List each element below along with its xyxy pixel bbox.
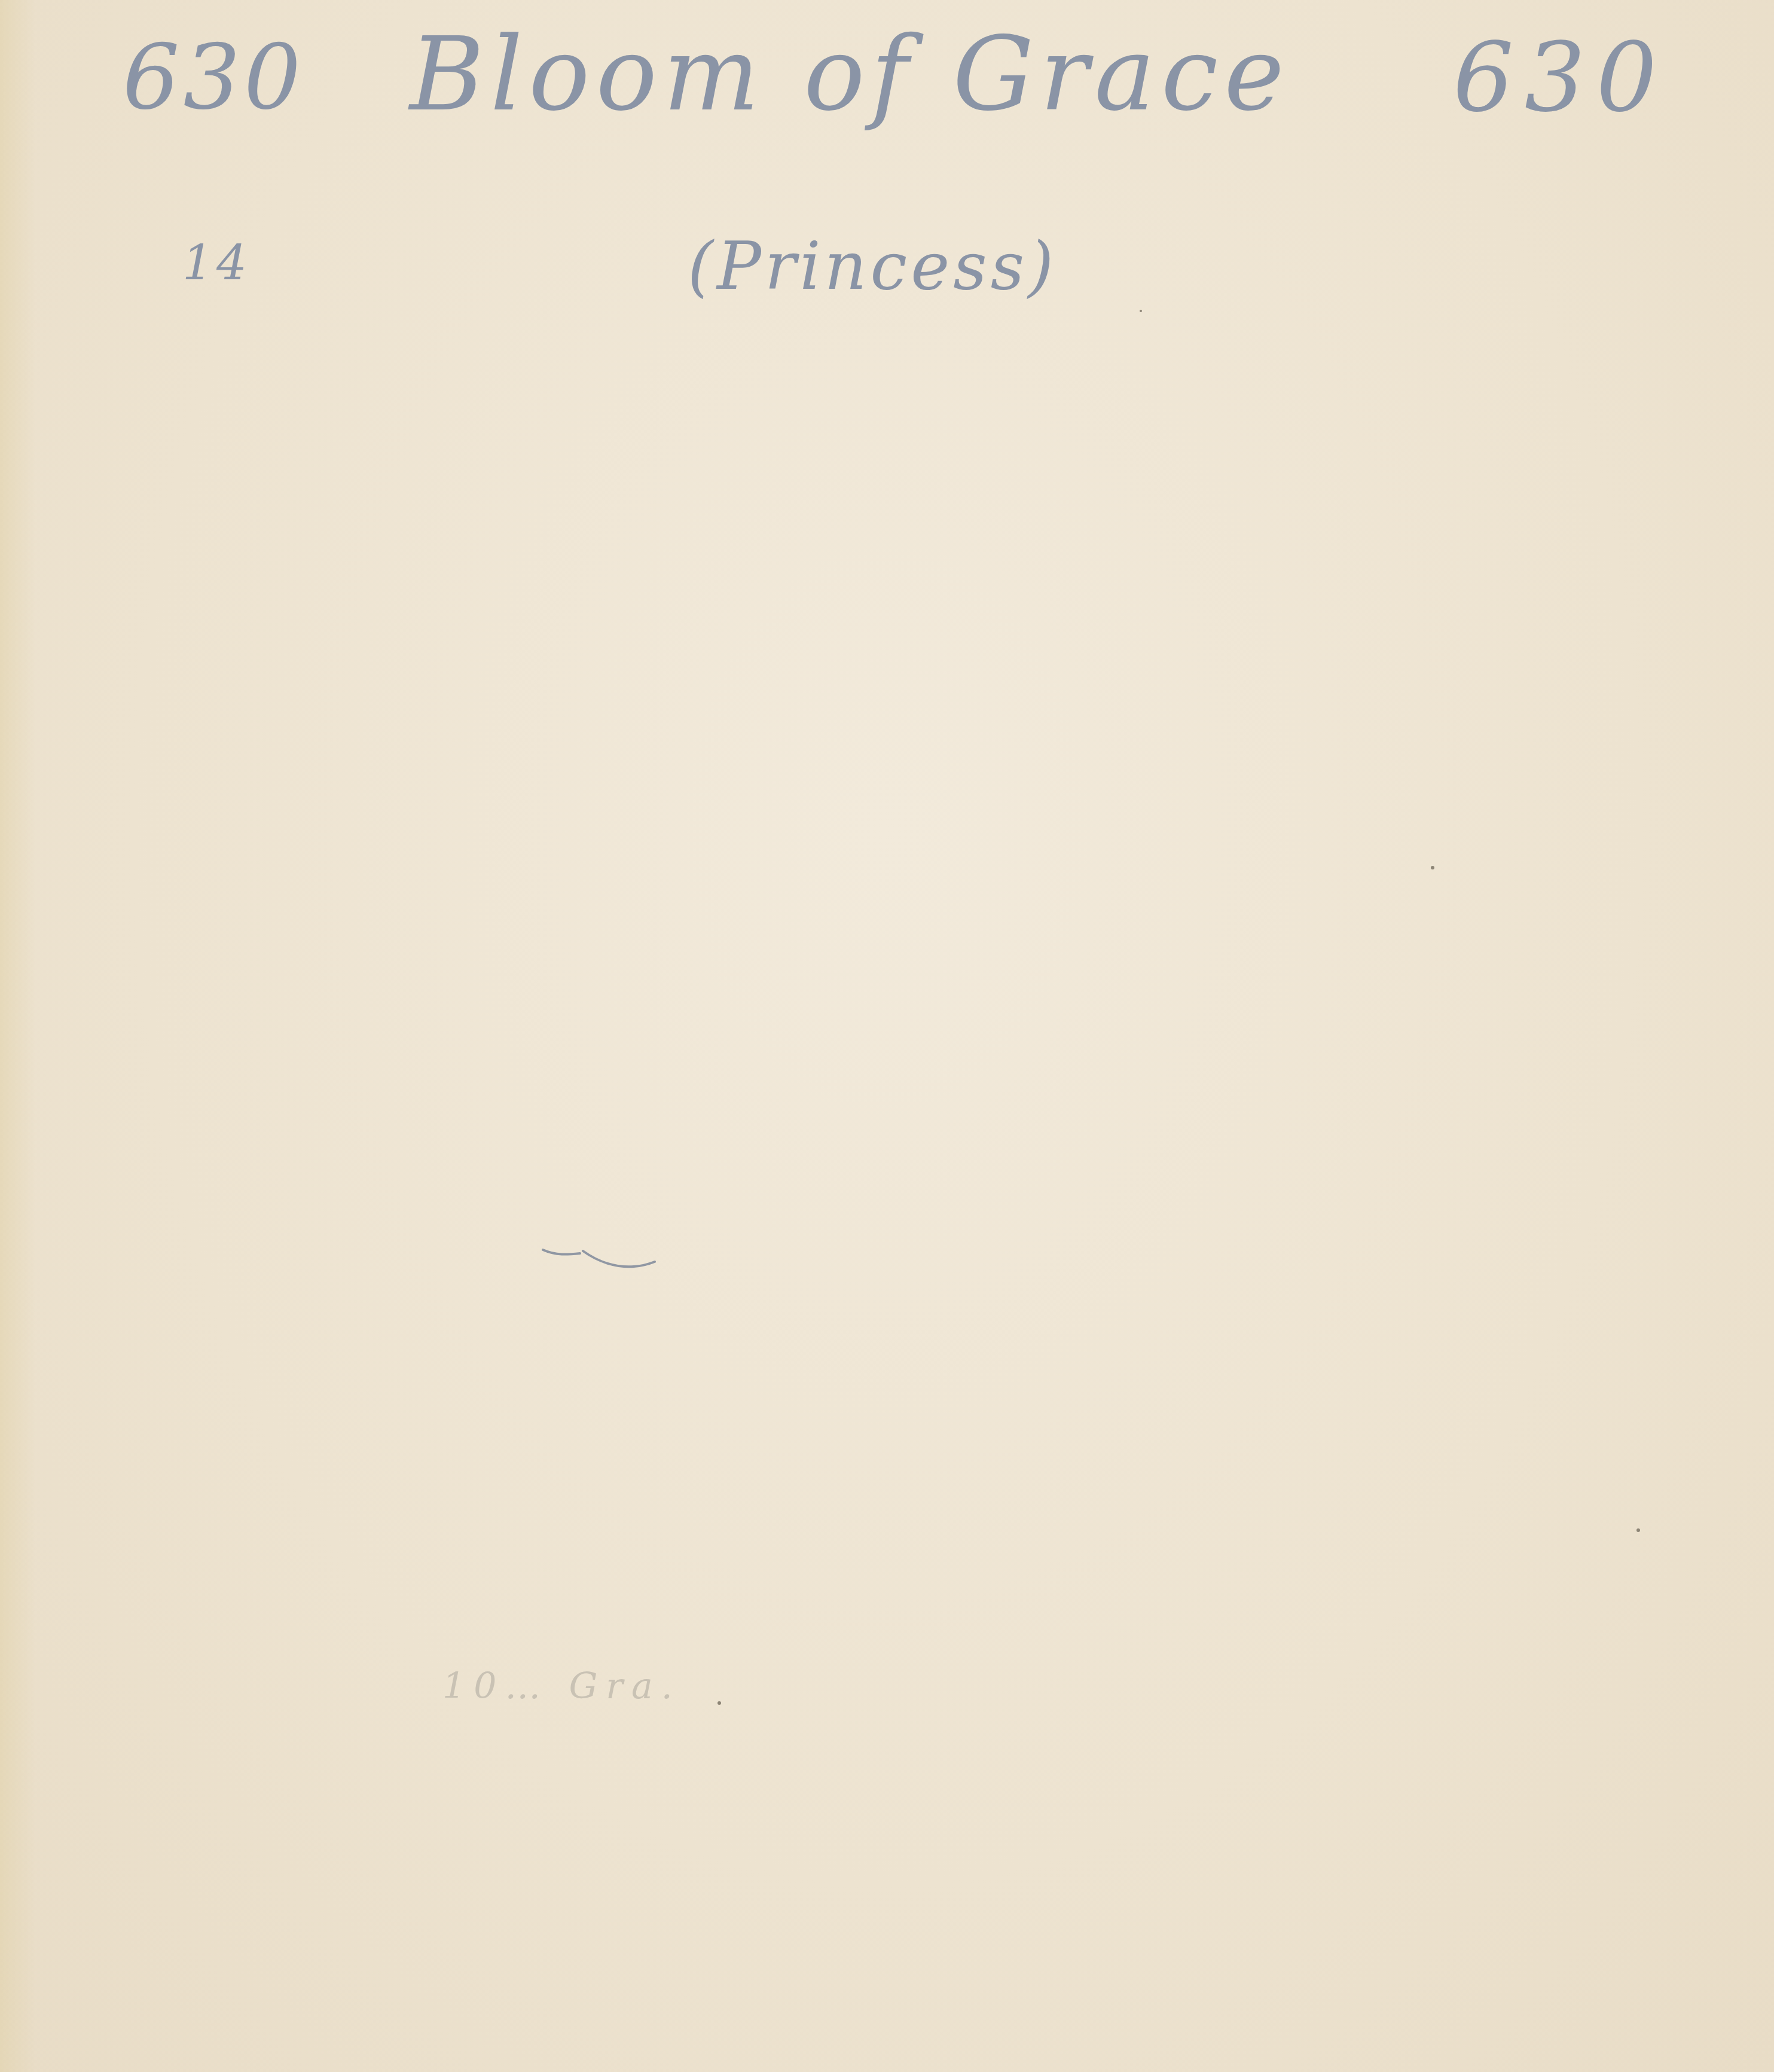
small-number: 14 [182,239,251,287]
catalog-number-right: 630 [1453,30,1668,126]
paper-speck [1140,310,1142,312]
paper-edge-stain [0,0,36,2072]
paper-speck [717,1701,721,1705]
paper-speck [1636,1528,1640,1532]
paper-sheet [0,0,1774,2072]
faint-pencil-note: 10… Gra. [442,1668,681,1704]
handwritten-title: Bloom of Grace [410,24,1290,126]
handwritten-subtitle: (Princess) [688,233,1057,299]
paper-speck [1431,866,1434,869]
catalog-number-left: 630 [123,33,304,123]
pencil-squiggle-mark [538,1238,658,1274]
